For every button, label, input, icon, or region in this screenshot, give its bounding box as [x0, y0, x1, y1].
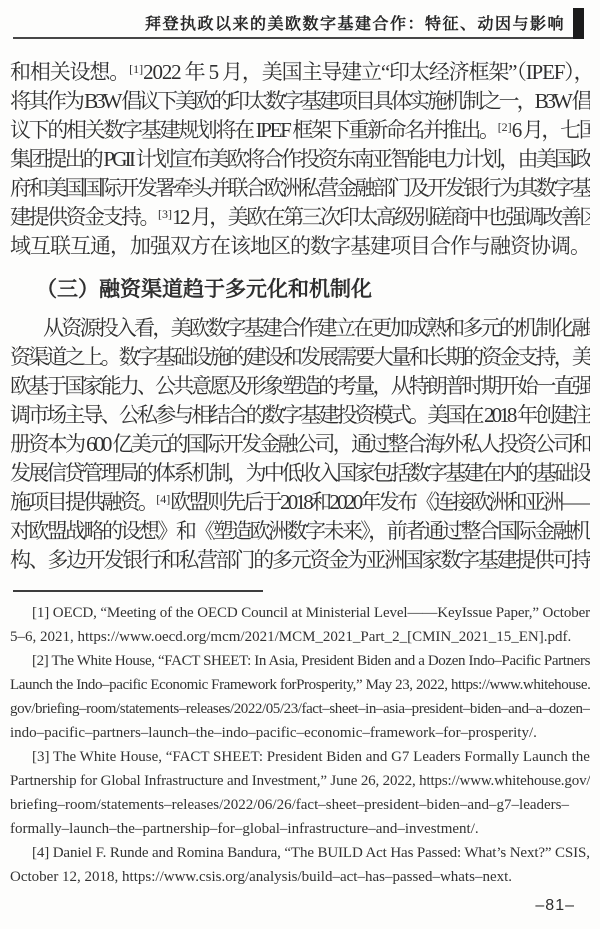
- footnote-ref: [3]: [158, 207, 172, 221]
- footnote-line: [1] OECD, “Meeting of the OECD Council a…: [10, 601, 590, 625]
- footnote: [2] The White House, “FACT SHEET: In Asi…: [10, 649, 590, 745]
- paragraph: 和相关设想。[1]2022 年 5 月，美国主导建立“印太经济框架”（IPEF）…: [10, 58, 590, 261]
- text-line: 对欧盟战略的设想》和《塑造欧洲数字未来》，前者通过整合国际金融机: [10, 517, 590, 546]
- footnote-line: Launch the Indo–pacific Economic Framewo…: [10, 673, 590, 697]
- text-line: 欧基于国家能力、公共意愿及形象塑造的考量，从特朗普时期开始一直强: [10, 372, 590, 401]
- footnote-line: [2] The White House, “FACT SHEET: In Asi…: [10, 649, 590, 673]
- text-line: 构、多边开发银行和私营部门的多元资金为亚洲国家数字基建提供可持: [10, 546, 590, 575]
- document-page: 拜登执政以来的美欧数字基建合作：特征、动因与影响 和相关设想。[1]2022 年…: [0, 0, 600, 929]
- text-line: 发展信贷管理局的体系机制，为中低收入国家包括数字基建在内的基础设: [10, 459, 590, 488]
- footnote-line: gov/briefing–room/statements–releases/20…: [10, 697, 590, 721]
- running-header-title: 拜登执政以来的美欧数字基建合作：特征、动因与影响: [145, 11, 565, 34]
- text-line: 建提供资金支持。[3]12 月，美欧在第三次印太高级别磋商中也强调改善区: [10, 203, 590, 232]
- footnotes: [1] OECD, “Meeting of the OECD Council a…: [0, 601, 600, 889]
- text-line: 域互联互通，加强双方在该地区的数字基建项目合作与融资协调。: [10, 232, 590, 261]
- footnote-ref: [1]: [129, 62, 143, 76]
- footnote: [3] The White House, “FACT SHEET: Presid…: [10, 745, 590, 841]
- text-line: 施项目提供融资。[4]欧盟则先后于2018和2020年发布《连接欧洲和亚洲——: [10, 488, 590, 517]
- footnote-line: 5–6, 2021, https://www.oecd.org/mcm/2021…: [10, 625, 590, 649]
- text-line: 府和美国国际开发署牵头并联合欧洲私营金融部门及开发银行为其数字基: [10, 174, 590, 203]
- footnote-line: [4] Daniel F. Runde and Romina Bandura, …: [10, 841, 590, 865]
- text-line: 调市场主导、公私参与相结合的数字基建投资模式。美国在 2018 年创建注: [10, 401, 590, 430]
- footnote-ref: [4]: [156, 492, 170, 506]
- footnote-line: briefing–room/statements–releases/2022/0…: [10, 793, 590, 817]
- footnote-separator: [13, 590, 263, 592]
- text-line: 议下的相关数字基建规划将在 IPEF 框架下重新命名并推出。[2]6 月，七国: [10, 116, 590, 145]
- text-line: 资渠道之上。数字基础设施的建设和发展需要大量和长期的资金支持，美: [10, 343, 590, 372]
- header-rule: [13, 37, 584, 39]
- text-line: （三）融资渠道趋于多元化和机制化: [10, 275, 590, 304]
- footnote-line: formally–launch–the–partnership–for–glob…: [10, 817, 590, 841]
- footnote: [1] OECD, “Meeting of the OECD Council a…: [10, 601, 590, 649]
- footnote: [4] Daniel F. Runde and Romina Bandura, …: [10, 841, 590, 889]
- text-line: 和相关设想。[1]2022 年 5 月，美国主导建立“印太经济框架”（IPEF）…: [10, 58, 590, 87]
- text-line: 集团提出的 PGII 计划宣布美欧将合作投资东南亚智能电力计划，由美国政: [10, 145, 590, 174]
- header-tab-marker: [573, 8, 584, 39]
- footnote-line: October 12, 2018, https://www.csis.org/a…: [10, 865, 590, 889]
- page-number: –81–: [535, 897, 575, 915]
- footnote-ref: [2]: [498, 120, 512, 134]
- running-header: 拜登执政以来的美欧数字基建合作：特征、动因与影响: [0, 0, 600, 40]
- footnote-line: [3] The White House, “FACT SHEET: Presid…: [10, 745, 590, 769]
- footnote-line: indo–pacific–partners–launch–the–indo–pa…: [10, 721, 590, 745]
- paragraph: 从资源投入看，美欧数字基建合作建立在更加成熟和多元的机制化融资渠道之上。数字基础…: [10, 314, 590, 575]
- body-text: 和相关设想。[1]2022 年 5 月，美国主导建立“印太经济框架”（IPEF）…: [0, 40, 600, 575]
- section-heading: （三）融资渠道趋于多元化和机制化: [10, 275, 590, 304]
- text-line: 册资本为 600 亿美元的国际开发金融公司，通过整合海外私人投资公司和: [10, 430, 590, 459]
- text-line: 将其作为 B3W 倡议下美欧的印太数字基建项目具体实施机制之一，B3W 倡: [10, 87, 590, 116]
- footnote-line: Partnership for Global Infrastructure an…: [10, 769, 590, 793]
- text-line: 从资源投入看，美欧数字基建合作建立在更加成熟和多元的机制化融: [10, 314, 590, 343]
